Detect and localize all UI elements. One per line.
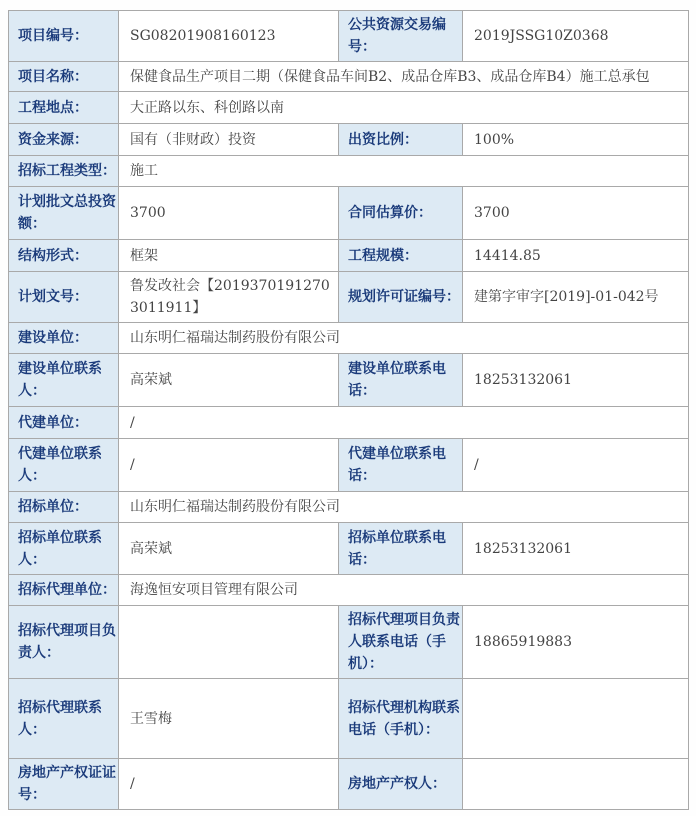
project-name-label: 项目名称： xyxy=(9,62,119,92)
tendering-agency-contact-label: 招标代理联系人： xyxy=(9,679,119,759)
construction-unit-phone-value: 18253132061 xyxy=(463,354,689,407)
construction-unit-contact-value: 高荣斌 xyxy=(119,354,339,407)
plan-document-number-label: 计划文号： xyxy=(9,272,119,323)
row-project-name: 项目名称： 保健食品生产项目二期（保健食品车间B2、成品仓库B3、成品仓库B4）… xyxy=(9,62,689,92)
tendering-unit-label: 招标单位： xyxy=(9,492,119,523)
tendering-agency-project-leader-label: 招标代理项目负责人： xyxy=(9,606,119,679)
agent-construction-unit-phone-label: 代建单位联系电话： xyxy=(339,439,463,492)
project-location-value: 大正路以东、科创路以南 xyxy=(119,92,689,124)
planning-permit-number-label: 规划许可证编号： xyxy=(339,272,463,323)
agent-construction-unit-phone-value: / xyxy=(463,439,689,492)
tendering-unit-phone-value: 18253132061 xyxy=(463,523,689,575)
planned-total-investment-value: 3700 xyxy=(119,187,339,240)
row-funding-source: 资金来源： 国有（非财政）投资 出资比例： 100% xyxy=(9,124,689,156)
row-tendering-agency-contact: 招标代理联系人： 王雪梅 招标代理机构联系电话（手机）： xyxy=(9,679,689,759)
agent-construction-unit-contact-label: 代建单位联系人： xyxy=(9,439,119,492)
tendering-agency-phone-label: 招标代理机构联系电话（手机）： xyxy=(339,679,463,759)
row-planned-total-investment: 计划批文总投资额： 3700 合同估算价： 3700 xyxy=(9,187,689,240)
bidding-project-type-value: 施工 xyxy=(119,156,689,187)
tendering-agency-phone-value xyxy=(463,679,689,759)
row-tendering-unit: 招标单位： 山东明仁福瑞达制药股份有限公司 xyxy=(9,492,689,523)
project-scale-value: 14414.85 xyxy=(463,240,689,272)
contract-estimate-price-label: 合同估算价： xyxy=(339,187,463,240)
tendering-agency-project-leader-phone-value: 18865919883 xyxy=(463,606,689,679)
planning-permit-number-value: 建第字审字[2019]-01-042号 xyxy=(463,272,689,323)
row-tendering-agency: 招标代理单位： 海逸恒安项目管理有限公司 xyxy=(9,575,689,606)
funding-ratio-label: 出资比例： xyxy=(339,124,463,156)
property-certificate-number-value: / xyxy=(119,759,339,810)
plan-document-number-value: 鲁发改社会【20193701912703011911】 xyxy=(119,272,339,323)
project-number-label: 项目编号： xyxy=(9,11,119,62)
tendering-agency-value: 海逸恒安项目管理有限公司 xyxy=(119,575,689,606)
tendering-unit-value: 山东明仁福瑞达制药股份有限公司 xyxy=(119,492,689,523)
funding-source-value: 国有（非财政）投资 xyxy=(119,124,339,156)
row-tendering-agency-project-leader: 招标代理项目负责人： 招标代理项目负责人联系电话（手机）： 1886591988… xyxy=(9,606,689,679)
row-structure-type: 结构形式： 框架 工程规模： 14414.85 xyxy=(9,240,689,272)
structure-type-value: 框架 xyxy=(119,240,339,272)
property-owner-label: 房地产产权人： xyxy=(339,759,463,810)
planned-total-investment-label: 计划批文总投资额： xyxy=(9,187,119,240)
row-construction-unit-contact: 建设单位联系人： 高荣斌 建设单位联系电话： 18253132061 xyxy=(9,354,689,407)
project-number-value: SG08201908160123 xyxy=(119,11,339,62)
structure-type-label: 结构形式： xyxy=(9,240,119,272)
tendering-agency-project-leader-value xyxy=(119,606,339,679)
funding-source-label: 资金来源： xyxy=(9,124,119,156)
row-property-certificate: 房地产产权证证号： / 房地产产权人： xyxy=(9,759,689,810)
contract-estimate-price-value: 3700 xyxy=(463,187,689,240)
project-info-table: 项目编号： SG08201908160123 公共资源交易编号： 2019JSS… xyxy=(8,10,689,810)
tendering-agency-contact-value: 王雪梅 xyxy=(119,679,339,759)
tendering-unit-contact-value: 高荣斌 xyxy=(119,523,339,575)
bidding-project-type-label: 招标工程类型： xyxy=(9,156,119,187)
public-resource-trade-number-label: 公共资源交易编号： xyxy=(339,11,463,62)
tendering-agency-label: 招标代理单位： xyxy=(9,575,119,606)
property-owner-value xyxy=(463,759,689,810)
construction-unit-phone-label: 建设单位联系电话： xyxy=(339,354,463,407)
property-certificate-number-label: 房地产产权证证号： xyxy=(9,759,119,810)
construction-unit-contact-label: 建设单位联系人： xyxy=(9,354,119,407)
row-bidding-project-type: 招标工程类型： 施工 xyxy=(9,156,689,187)
construction-unit-value: 山东明仁福瑞达制药股份有限公司 xyxy=(119,323,689,354)
agent-construction-unit-value: / xyxy=(119,407,689,439)
project-scale-label: 工程规模： xyxy=(339,240,463,272)
tendering-unit-contact-label: 招标单位联系人： xyxy=(9,523,119,575)
project-name-value: 保健食品生产项目二期（保健食品车间B2、成品仓库B3、成品仓库B4）施工总承包 xyxy=(119,62,689,92)
row-agent-construction-unit-contact: 代建单位联系人： / 代建单位联系电话： / xyxy=(9,439,689,492)
row-agent-construction-unit: 代建单位： / xyxy=(9,407,689,439)
funding-ratio-value: 100% xyxy=(463,124,689,156)
row-project-number: 项目编号： SG08201908160123 公共资源交易编号： 2019JSS… xyxy=(9,11,689,62)
agent-construction-unit-contact-value: / xyxy=(119,439,339,492)
construction-unit-label: 建设单位： xyxy=(9,323,119,354)
row-project-location: 工程地点： 大正路以东、科创路以南 xyxy=(9,92,689,124)
page-background: 项目编号： SG08201908160123 公共资源交易编号： 2019JSS… xyxy=(0,0,696,816)
row-construction-unit: 建设单位： 山东明仁福瑞达制药股份有限公司 xyxy=(9,323,689,354)
agent-construction-unit-label: 代建单位： xyxy=(9,407,119,439)
project-location-label: 工程地点： xyxy=(9,92,119,124)
row-tendering-unit-contact: 招标单位联系人： 高荣斌 招标单位联系电话： 18253132061 xyxy=(9,523,689,575)
row-plan-document-number: 计划文号： 鲁发改社会【20193701912703011911】 规划许可证编… xyxy=(9,272,689,323)
tendering-unit-phone-label: 招标单位联系电话： xyxy=(339,523,463,575)
tendering-agency-project-leader-phone-label: 招标代理项目负责人联系电话（手机）： xyxy=(339,606,463,679)
public-resource-trade-number-value: 2019JSSG10Z0368 xyxy=(463,11,689,62)
